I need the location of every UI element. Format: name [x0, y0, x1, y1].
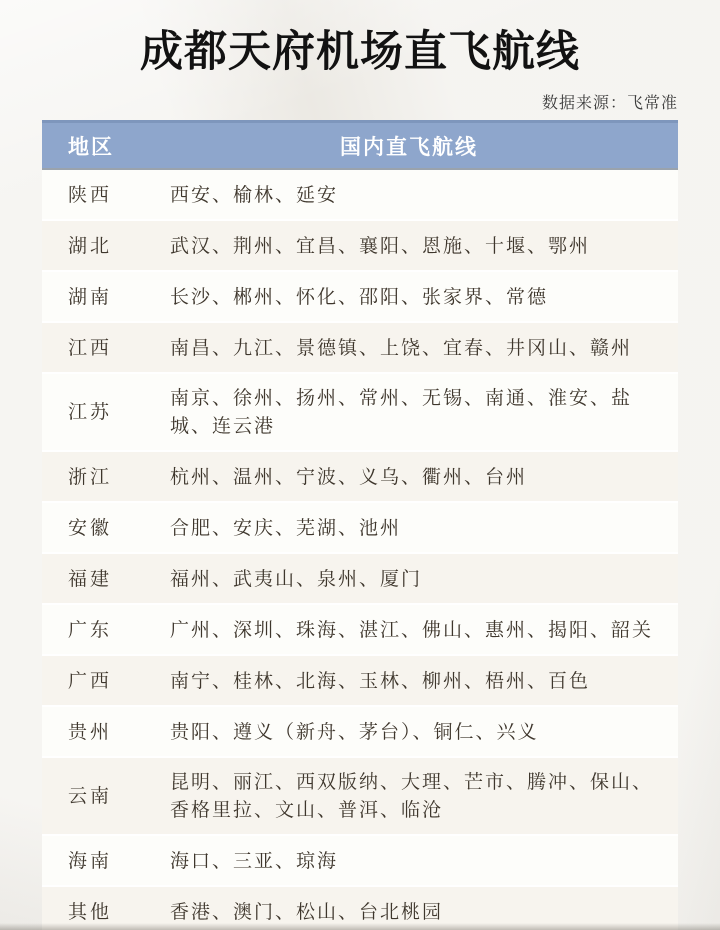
region-cell: 福建: [42, 565, 170, 593]
table-row-other: 其他 香港、澳门、松山、台北桃园: [42, 887, 678, 930]
routes-cell: 香港、澳门、松山、台北桃园: [170, 898, 678, 926]
routes-cell: 杭州、温州、宁波、义乌、衢州、台州: [170, 463, 678, 491]
table-row-anhui: 安徽 合肥、安庆、芜湖、池州: [42, 503, 678, 554]
table-row-yunnan: 云南 昆明、丽江、西双版纳、大理、芒市、腾冲、保山、香格里拉、文山、普洱、临沧: [42, 758, 678, 836]
region-cell: 海南: [42, 847, 170, 875]
data-source-note: 数据来源：飞常准: [42, 90, 678, 113]
routes-table: 地区 国内直飞航线 陕西 西安、榆林、延安 湖北 武汉、荆州、宜昌、襄阳、恩施、…: [42, 120, 678, 930]
routes-cell: 西安、榆林、延安: [170, 181, 678, 209]
region-cell: 湖北: [42, 232, 170, 260]
table-row-hainan: 海南 海口、三亚、琼海: [42, 836, 678, 887]
routes-cell: 南宁、桂林、北海、玉林、柳州、梧州、百色: [170, 667, 678, 695]
routes-cell: 贵阳、遵义（新舟、茅台）、铜仁、兴义: [170, 718, 678, 746]
region-cell: 湖南: [42, 283, 170, 311]
table-row-hubei: 湖北 武汉、荆州、宜昌、襄阳、恩施、十堰、鄂州: [42, 221, 678, 272]
routes-cell: 昆明、丽江、西双版纳、大理、芒市、腾冲、保山、香格里拉、文山、普洱、临沧: [170, 768, 678, 824]
table-row-zhejiang: 浙江 杭州、温州、宁波、义乌、衢州、台州: [42, 452, 678, 503]
table-row-shaanxi: 陕西 西安、榆林、延安: [42, 170, 678, 221]
routes-cell: 长沙、郴州、怀化、邵阳、张家界、常德: [170, 283, 678, 311]
routes-cell: 南昌、九江、景德镇、上饶、宜春、井冈山、赣州: [170, 334, 678, 362]
routes-cell: 福州、武夷山、泉州、厦门: [170, 565, 678, 593]
table-row-guizhou: 贵州 贵阳、遵义（新舟、茅台）、铜仁、兴义: [42, 707, 678, 758]
table-row-jiangsu: 江苏 南京、徐州、扬州、常州、无锡、南通、淮安、盐城、连云港: [42, 374, 678, 452]
table-row-jiangxi: 江西 南昌、九江、景德镇、上饶、宜春、井冈山、赣州: [42, 323, 678, 374]
table-row-fujian: 福建 福州、武夷山、泉州、厦门: [42, 554, 678, 605]
poster: 成都天府机场直飞航线 数据来源：飞常准 地区 国内直飞航线 陕西 西安、榆林、延…: [0, 0, 720, 930]
region-cell: 浙江: [42, 463, 170, 491]
table-row-guangdong: 广东 广州、深圳、珠海、湛江、佛山、惠州、揭阳、韶关: [42, 605, 678, 656]
column-header-region: 地区: [42, 131, 170, 161]
routes-cell: 广州、深圳、珠海、湛江、佛山、惠州、揭阳、韶关: [170, 616, 678, 644]
region-cell: 云南: [42, 782, 170, 810]
region-cell: 安徽: [42, 514, 170, 542]
table-header-row: 地区 国内直飞航线: [42, 120, 678, 170]
region-cell: 贵州: [42, 718, 170, 746]
routes-cell: 合肥、安庆、芜湖、池州: [170, 514, 678, 542]
region-cell: 其他: [42, 898, 170, 926]
region-cell: 江苏: [42, 398, 170, 426]
routes-cell: 南京、徐州、扬州、常州、无锡、南通、淮安、盐城、连云港: [170, 384, 678, 440]
table-row-guangxi: 广西 南宁、桂林、北海、玉林、柳州、梧州、百色: [42, 656, 678, 707]
region-cell: 陕西: [42, 181, 170, 209]
table-row-hunan: 湖南 长沙、郴州、怀化、邵阳、张家界、常德: [42, 272, 678, 323]
page-title: 成都天府机场直飞航线: [40, 24, 680, 80]
region-cell: 广东: [42, 616, 170, 644]
routes-cell: 武汉、荆州、宜昌、襄阳、恩施、十堰、鄂州: [170, 232, 678, 260]
routes-cell: 海口、三亚、琼海: [170, 847, 678, 875]
region-cell: 江西: [42, 334, 170, 362]
region-cell: 广西: [42, 667, 170, 695]
column-header-routes: 国内直飞航线: [170, 131, 678, 161]
